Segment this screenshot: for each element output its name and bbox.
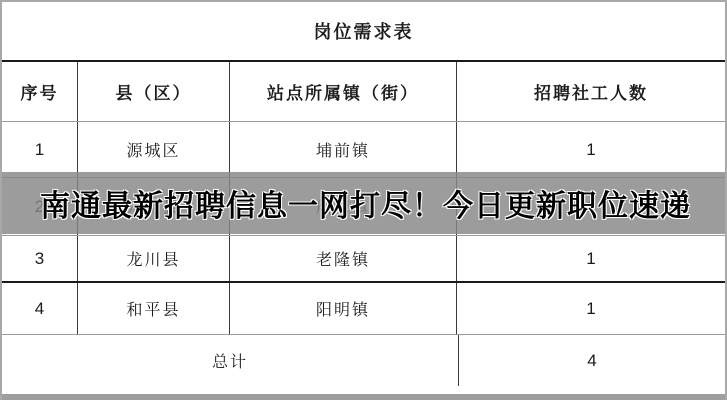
row-3-recruits: 1 — [457, 236, 725, 281]
row-1-county: 源城区 — [78, 122, 230, 177]
row-3-no: 3 — [2, 236, 78, 281]
row-1-no: 1 — [2, 122, 78, 177]
bottom-gray-strip — [2, 394, 725, 400]
row-4-town: 阳明镇 — [230, 283, 457, 334]
header-cell-county: 县（区） — [78, 62, 230, 121]
row-3-town: 老隆镇 — [230, 236, 457, 281]
row-1-recruits: 1 — [457, 122, 725, 177]
promo-banner-text: 南通最新招聘信息一网打尽！今日更新职位速递 — [40, 181, 691, 225]
header-cell-town: 站点所属镇（街） — [230, 62, 457, 121]
table-row: 1 源城区 埔前镇 1 — [2, 122, 725, 178]
table-row: 4 和平县 阳明镇 1 — [2, 283, 725, 335]
table-row: 3 龙川县 老隆镇 1 — [2, 236, 725, 283]
table-total-row: 总计 4 — [2, 335, 725, 386]
job-demand-table: 岗位需求表 序号 县（区） 站点所属镇（街） 招聘社工人数 1 源城区 埔前镇 … — [0, 0, 727, 400]
row-4-county: 和平县 — [78, 283, 230, 334]
header-cell-no: 序号 — [2, 62, 78, 121]
total-value: 4 — [459, 335, 725, 386]
total-label: 总计 — [2, 335, 459, 386]
promo-banner-overlay: 南通最新招聘信息一网打尽！今日更新职位速递 — [2, 172, 727, 234]
header-cell-recruits: 招聘社工人数 — [457, 62, 725, 121]
row-4-recruits: 1 — [457, 283, 725, 334]
table-title: 岗位需求表 — [2, 2, 725, 62]
row-1-town: 埔前镇 — [230, 122, 457, 177]
row-4-no: 4 — [2, 283, 78, 334]
table-header-row: 序号 县（区） 站点所属镇（街） 招聘社工人数 — [2, 62, 725, 122]
row-3-county: 龙川县 — [78, 236, 230, 281]
